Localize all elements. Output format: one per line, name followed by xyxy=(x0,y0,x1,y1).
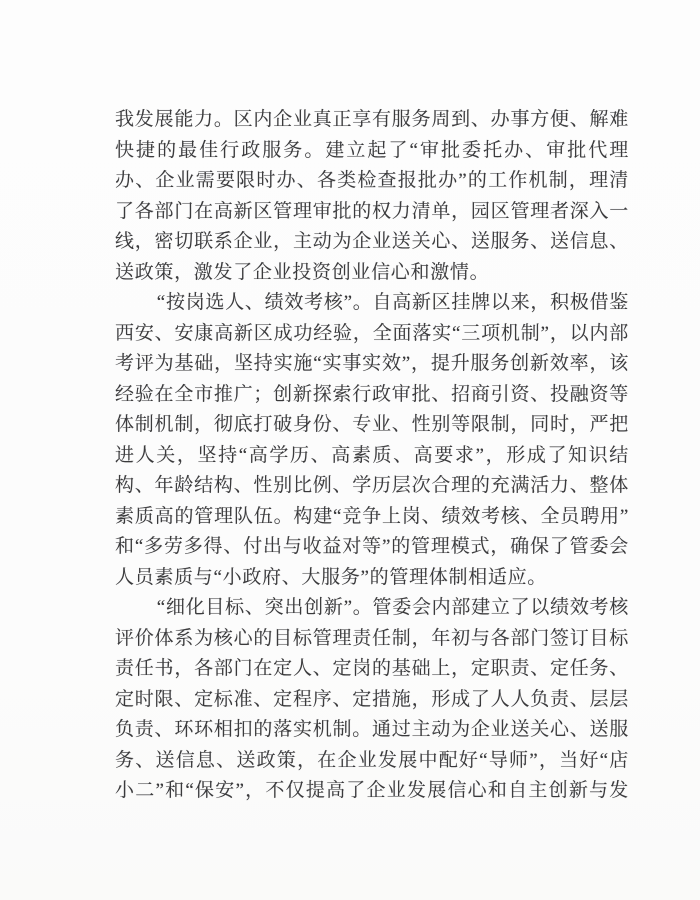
paragraph-3-continues-next-page: “细化目标、突出创新”。管委会内部建立了以绩效考核评价体系为核心的目标管理责任制… xyxy=(115,593,629,807)
scanned-document-page: 我发展能力。区内企业真正享有服务周到、办事方便、解难快捷的最佳行政服务。建立起了… xyxy=(0,0,700,900)
paragraph-1-continued-from-previous-page: 我发展能力。区内企业真正享有服务周到、办事方便、解难快捷的最佳行政服务。建立起了… xyxy=(115,105,629,288)
body-text-block: 我发展能力。区内企业真正享有服务周到、办事方便、解难快捷的最佳行政服务。建立起了… xyxy=(115,105,629,807)
paragraph-2: “按岗选人、绩效考核”。自高新区挂牌以来，积极借鉴西安、安康高新区成功经验，全面… xyxy=(115,288,629,593)
